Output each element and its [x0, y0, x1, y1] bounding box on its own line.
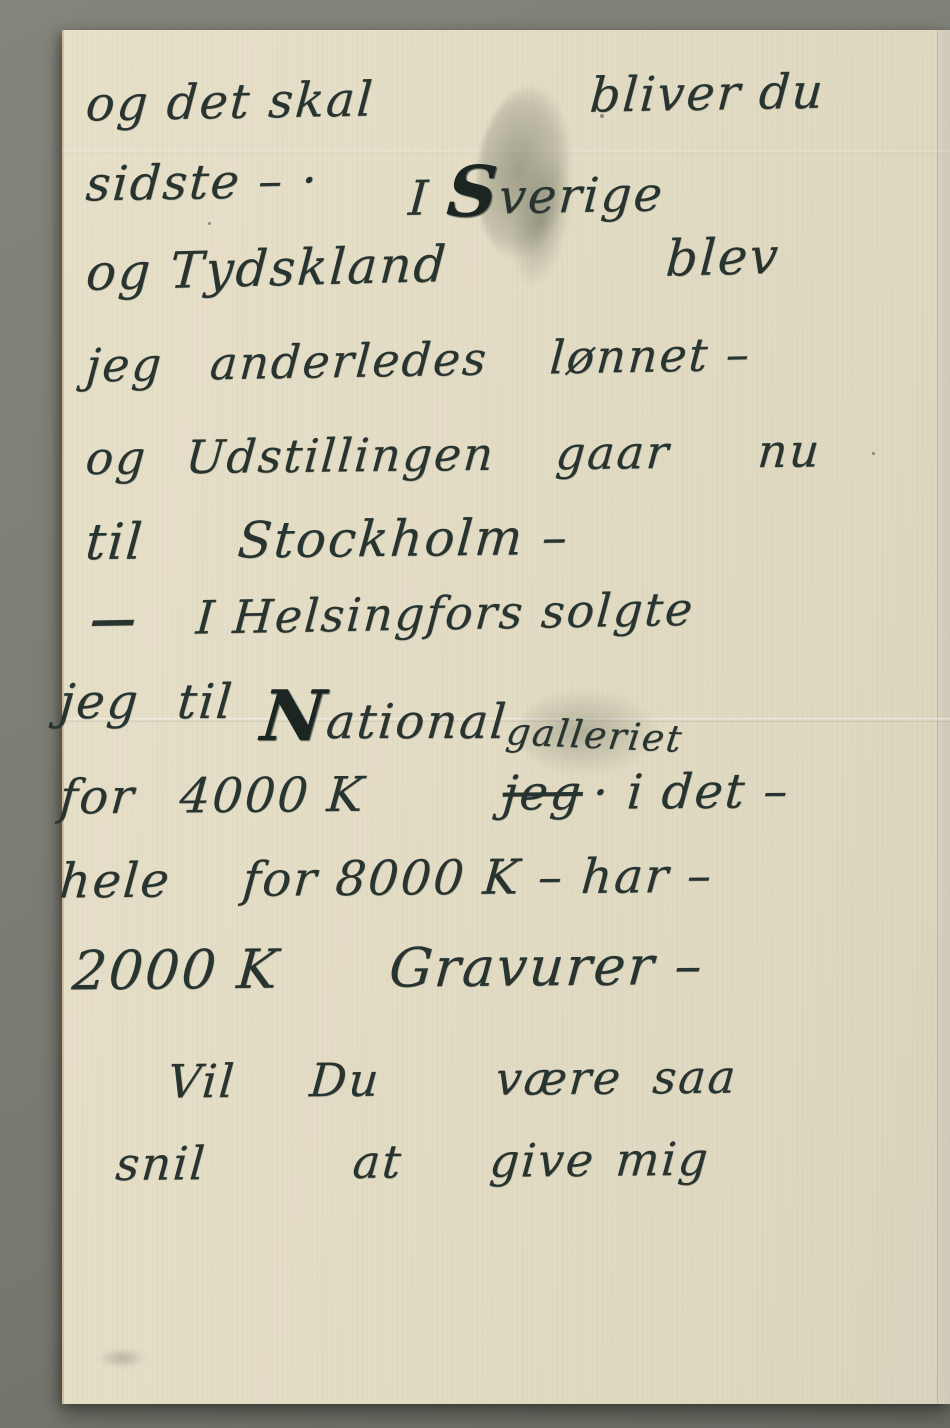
word-segment-group: I Sverige	[406, 146, 667, 232]
word-segment: nu	[756, 423, 823, 478]
word-segment: til	[175, 674, 236, 730]
word-segment: og	[84, 430, 149, 485]
word-segment: Vil	[166, 1054, 238, 1109]
word-segment: galleriet	[503, 709, 685, 761]
word-segment: I	[407, 170, 449, 227]
letter-scan-background: og det skal bliver du sidste – · I Sveri…	[0, 0, 950, 1428]
word-segment: gaar	[554, 425, 672, 480]
word-segment: og det skal	[84, 71, 376, 132]
word-segment: Udstillingen	[184, 427, 497, 484]
word-segment: snil	[114, 1136, 209, 1191]
word-segment: jeg	[84, 337, 165, 392]
word-segment: anderledes	[208, 331, 490, 390]
word-segment: være	[494, 1051, 625, 1106]
word-segment: jeg	[57, 674, 142, 730]
word-segment: til	[84, 512, 147, 571]
paper-speck	[872, 452, 875, 455]
word-segment: I Helsingfors solgte	[194, 582, 696, 645]
word-segment: verige	[497, 166, 666, 225]
word-segment-overwritten-capital: S	[444, 151, 502, 233]
word-segment-group: Nationalgalleriet	[258, 674, 689, 755]
word-segment: blev	[664, 227, 781, 288]
word-segment: ational	[324, 694, 510, 750]
dash-mark: —	[88, 592, 138, 647]
word-segment: · i det –	[591, 763, 792, 821]
word-segment: mig	[614, 1132, 712, 1187]
word-segment: hele	[58, 852, 173, 909]
word-segment: for	[58, 769, 138, 826]
word-segment: bliver du	[588, 64, 827, 124]
word-segment: og Tydskland	[84, 235, 449, 302]
smudge-bottom-left	[98, 1348, 146, 1368]
word-segment: 4000 K	[178, 767, 368, 825]
word-segment-crossed-out: jeg	[501, 765, 585, 822]
word-segment: saa	[651, 1050, 740, 1105]
word-segment: Stockholm –	[236, 508, 572, 570]
paper-speck	[208, 222, 211, 225]
word-segment: 2000 K	[70, 938, 282, 1003]
word-segment: sidste – ·	[84, 152, 321, 212]
word-segment: at	[351, 1134, 405, 1188]
word-segment: Gravurer –	[387, 934, 706, 1000]
word-segment: give	[488, 1133, 598, 1188]
word-segment-overwritten-capital: N	[258, 676, 331, 757]
paper-right-fold-strip	[937, 30, 950, 1404]
word-segment: Du	[308, 1053, 383, 1108]
word-segment: for 8000 K – har –	[241, 848, 716, 908]
word-segment: lønnet –	[548, 327, 753, 385]
